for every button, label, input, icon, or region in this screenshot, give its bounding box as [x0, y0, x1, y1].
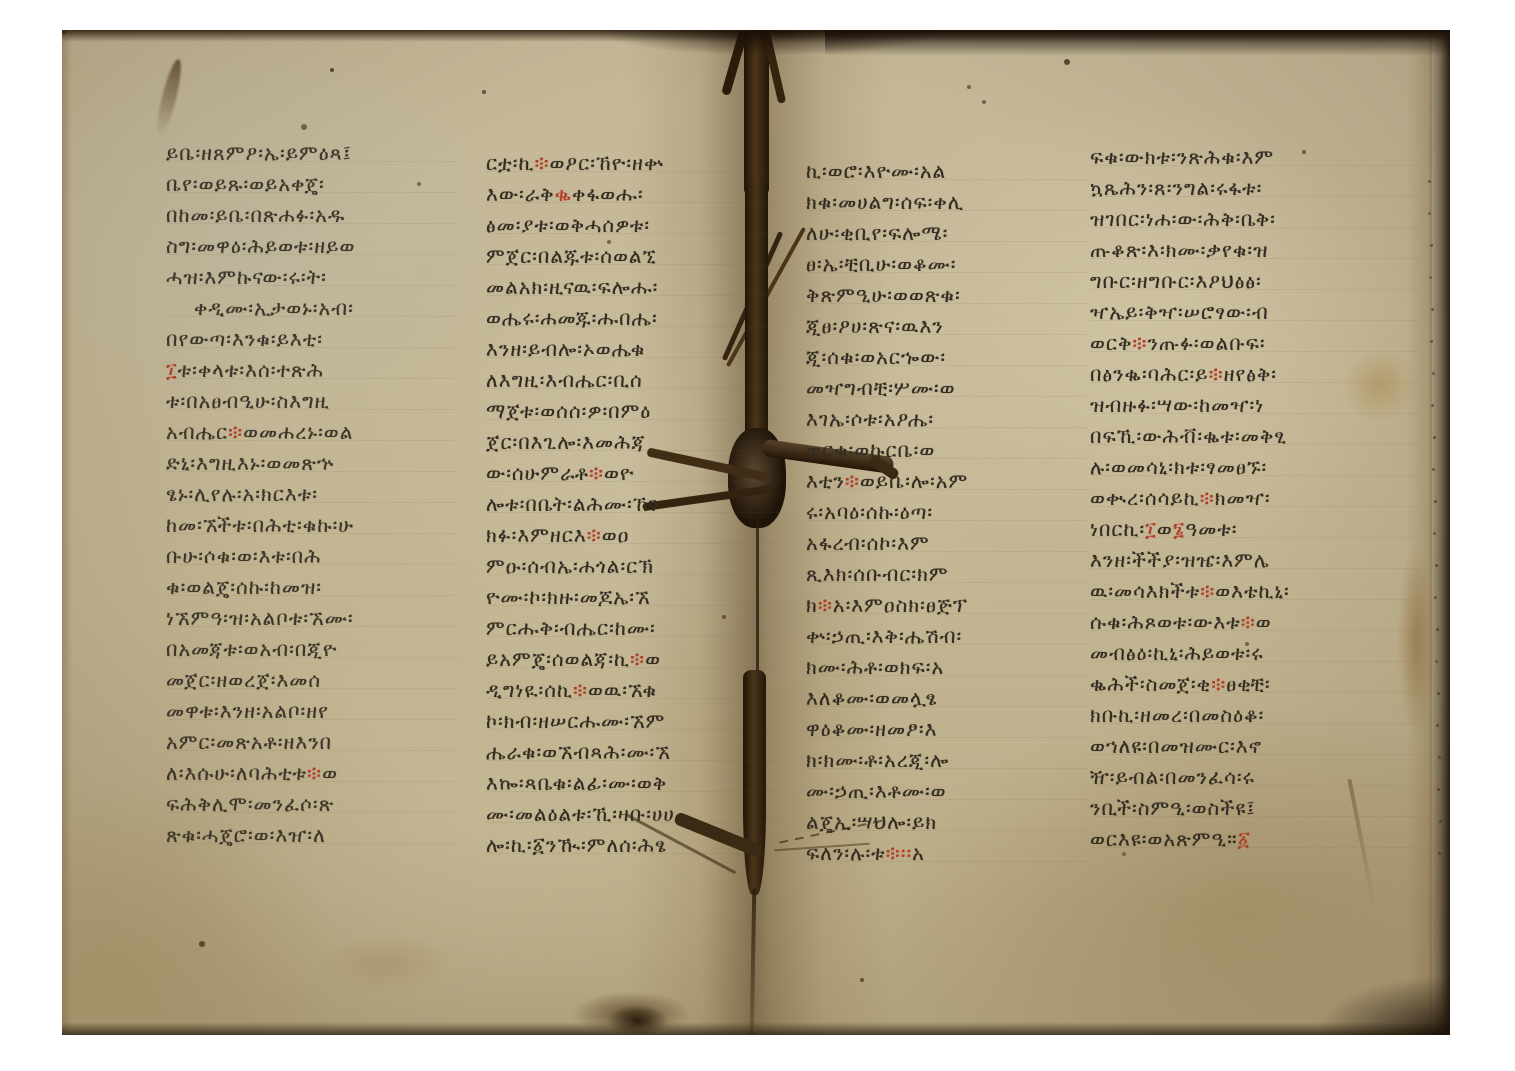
text-segment: ቅጽምዒሁ፡ወወጽቁ፡	[806, 283, 961, 307]
text-segment: ዥ፡ይብል፡በመንፈሳ፡ሩ	[1090, 765, 1255, 789]
text-line: አፋረብ፡ሰኮ፡እም	[806, 528, 1088, 559]
text-segment: ጂፀ፡ዖሀ፡ጽና፡ዉእን	[806, 314, 944, 338]
rubric-mark: ፩	[1238, 827, 1251, 851]
text-line: ለእግዚ፡እብሔር፡ቢሰ	[486, 365, 782, 396]
text-segment: ዮሙ፡ኮ፡ክዙ፡መጆኤ፡ኧ	[486, 585, 651, 609]
text-segment: ቁ፡ወልጄ፡ሰኩ፡ከመዝ፡	[166, 575, 322, 599]
text-segment: ሓዝ፡እምኩናው፡ሩ፡ት፡	[166, 265, 327, 289]
screenshot-canvas: ይቤ፡ዘጸምዖ፡ኤ፡ይምዕጻ፤ቤየ፡ወይጹ፡ወይአቀጄ፡በከመ፡ይቤ፡በጽሐፉ፡…	[0, 0, 1515, 1071]
text-line: ወቊረ፡ሰሳይኪ፨ክመዣ፡	[1090, 483, 1420, 514]
text-segment: ምዑ፡ሰብኤ፡ሐጎል፡ርኽ	[486, 554, 654, 578]
text-segment: ጺእክ፡ሰቡብር፡ክም	[806, 562, 949, 586]
text-segment: ፀቂቺ፡	[1226, 672, 1270, 696]
text-segment: ነበርኪ፡	[1090, 517, 1145, 541]
text-column-3: ኪ፡ወሮ፡እዮሙ፡አልክቁ፡መሀልግ፡ሰፍ፡ቀሊለሁ፡ቂቢየ፡ፍሎሜ፡ፀ፡ኤ፡ቺ…	[806, 156, 1088, 878]
rubric-mark: ፨	[589, 461, 604, 485]
page-edge-shadow	[1428, 30, 1450, 1035]
dirt-specks	[62, 30, 66, 34]
text-line: ሎቱ፡በቤት፡ልሕሙ፡ኸን	[486, 489, 782, 520]
text-segment: ድኒ፡እግዚእኑ፡ወመጽኍ	[166, 451, 334, 475]
text-line: ፍቁ፡ውክቱ፡ንጽሕቁ፡እም	[1090, 142, 1420, 173]
rubric-mark: ፨	[818, 593, 833, 617]
text-segment: ሉ፡ወመሳኒ፡ክቱ፡ፃመፀኙ፡	[1090, 455, 1267, 479]
rubric-mark: ፨	[228, 420, 243, 444]
text-segment: ወይቤ፡ሎ፡አም	[860, 469, 968, 493]
rubric-mark: ፲	[166, 358, 178, 382]
text-line: ምርሑቅ፡ብሔር፡ከሙ፡	[486, 613, 782, 644]
text-line: ሉ፡ወመሳኒ፡ክቱ፡ፃመፀኙ፡	[1090, 452, 1420, 483]
text-segment: ክፉ፡እምዘርእ	[486, 523, 587, 547]
text-segment: ፄኑ፡ሊየሉ፡አ፡ክርእቱ፡	[166, 482, 318, 506]
text-segment: ኪ፡ወሮ፡እዮሙ፡አል	[806, 159, 946, 183]
rubric-mark: ፡፡	[901, 841, 912, 865]
text-line: ኳጼሕን፡ጸ፡ንግል፡ሩፋቱ፡	[1090, 173, 1420, 204]
text-segment: አ	[912, 841, 925, 865]
text-line: ጀር፡በእጊሎ፡እመሕጃ	[486, 427, 782, 458]
text-line: ነኧምዓ፡ዝ፡አልቦቱ፡ኧሙ፡	[166, 603, 458, 634]
text-segment: ዝገበር፡ነሐ፡ው፡ሕቅ፡ቤቅ፡	[1090, 207, 1276, 231]
text-segment: እለቆሙ፡ወመሏፄ	[806, 686, 938, 710]
text-line: ርቷ፡ኪ፨ወዖር፡ኸዮ፡ዘቍ	[486, 148, 782, 179]
rubric-mark: ፨	[1200, 579, 1215, 603]
rubric-mark: ፨	[1241, 610, 1256, 634]
text-line: ሩ፡አባዕ፡ሰኩ፡ዕጣ፡	[806, 497, 1088, 528]
text-line: ቈሕች፡ስመጀ፡ቂ፨ፀቂቺ፡	[1090, 669, 1420, 700]
text-line: ፲ቱ፡ቀላቱ፡እሰ፡ተጽሕ	[166, 355, 458, 386]
text-segment: መጀር፡ዘወረጀ፡እመሰ	[166, 668, 321, 692]
text-line: መልአክ፡ዚናዉ፡ፍሎሑ፡	[486, 272, 782, 303]
text-line: አምር፡መጽአቶ፡ዘእንበ	[166, 727, 458, 758]
text-segment: ቍ፡ኃጢ፡እቅ፡ሔሽብ፡	[806, 624, 962, 648]
text-segment: ፍለን፡ሉ፡ቱ	[806, 841, 886, 865]
text-line: ፄኑ፡ሊየሉ፡አ፡ክርእቱ፡	[166, 479, 458, 510]
text-column-4: ፍቁ፡ውክቱ፡ንጽሕቁ፡እምኳጼሕን፡ጸ፡ንግል፡ሩፋቱ፡ዝገበር፡ነሐ፡ው፡ሕ…	[1090, 142, 1420, 872]
text-segment: ለሁ፡ቂቢየ፡ፍሎሜ፡	[806, 221, 948, 245]
text-line: ይቤ፡ዘጸምዖ፡ኤ፡ይምዕጻ፤	[166, 138, 458, 169]
text-line: ወሔሩ፡ሐመጁ፡ሑበሔ፡	[486, 303, 782, 334]
text-line: መብፅዕ፡ኪኒ፡ሕይወቱ፡ሩ	[1090, 638, 1420, 669]
text-column-1: ይቤ፡ዘጸምዖ፡ኤ፡ይምዕጻ፤ቤየ፡ወይጹ፡ወይአቀጄ፡በከመ፡ይቤ፡በጽሐፉ፡…	[166, 138, 458, 860]
rubric-mark: ፨	[587, 523, 602, 547]
stain-scratch	[153, 57, 186, 138]
text-line: ቅጽምዒሁ፡ወወጽቁ፡	[806, 280, 1088, 311]
text-segment: ወዮ	[604, 461, 634, 485]
text-segment: ጽቁ፡ሓጄሮ፡ወ፡እዠ፡ለ	[166, 823, 326, 847]
text-segment: ክቡኪ፡ዘመረ፡በመስዕቆ፡	[1090, 703, 1264, 727]
text-line: ከመ፡ኧችቱ፡በሕቲ፡ቁኩ፡ሁ	[166, 510, 458, 541]
text-line: እገኤ፡ሶቱ፡አዖሔ፡	[806, 404, 1088, 435]
text-segment: መልአክ፡ዚናዉ፡ፍሎሑ፡	[486, 275, 658, 299]
text-segment: ክሙ፡ሕቶ፡ወክፍ፡አ	[806, 655, 944, 679]
text-line: እው፡ራቅቈቀፋወሑ፡	[486, 179, 782, 210]
text-line: መዋቱ፡እንዘ፡አልቦ፡ዘየ	[166, 696, 458, 727]
text-segment: እገኤ፡ሶቱ፡አዖሔ፡	[806, 407, 934, 431]
text-line: እኰ፡ጻቤቁ፡ልፊ፡ሙ፡ወቅ	[486, 768, 782, 799]
text-line: ሙ፡ኃጢ፡እቶሙ፡ወ	[806, 776, 1088, 807]
text-segment: አ፡እምዐስክ፡ፀጅፕ	[833, 593, 968, 617]
text-line: በፍኺ፡ውሕቭ፡ቈቱ፡መቅፂ	[1090, 421, 1420, 452]
text-line: ቁ፡ወልጄ፡ሰኩ፡ከመዝ፡	[166, 572, 458, 603]
text-line: ሎ፡ኪ፡፩ንዂ፡ምለሰ፡ሕፄ	[486, 830, 782, 861]
text-line: ፅመ፡ያቱ፡ወቅሓሰዎቱ፡	[486, 210, 782, 241]
text-line: ፀ፡ኤ፡ቺቢሁ፡ወቆሙ፡	[806, 249, 1088, 280]
text-segment: መዣግብቺ፡ሦሙ፡ወ	[806, 376, 956, 400]
text-line: እለቆሙ፡ወመሏፄ	[806, 683, 1088, 714]
text-line: ቡሁ፡ሶቁ፡ወ፡እቱ፡በሕ	[166, 541, 458, 572]
text-segment: በፅንቈ፡ባሕር፡ይ	[1090, 362, 1209, 386]
text-line: ው፡ሰሁምራቶ፨ወዮ	[486, 458, 782, 489]
text-segment: ወዉ፡ኧቁ	[588, 678, 657, 702]
text-line: ስግ፡መዋዕ፡ሕይወቱ፡ዘይወ	[166, 231, 458, 262]
text-segment: በፍኺ፡ውሕቭ፡ቈቱ፡መቅፂ	[1090, 424, 1287, 448]
text-segment: ቱ፡በአፀብዒሁ፡ስእግዚ	[166, 389, 330, 413]
text-segment: እኰ፡ጻቤቁ፡ልፊ፡ሙ፡ወቅ	[486, 771, 667, 795]
text-segment: ጀር፡በእጊሎ፡እመሕጃ	[486, 430, 646, 454]
text-segment: ቡሁ፡ሶቁ፡ወ፡እቱ፡በሕ	[166, 544, 321, 568]
text-segment: ግቡር፡ዘግቡር፡እዖህፅፅ፡	[1090, 269, 1262, 293]
text-column-2: ርቷ፡ኪ፨ወዖር፡ኸዮ፡ዘቍእው፡ራቅቈቀፋወሑ፡ፅመ፡ያቱ፡ወቅሓሰዎቱ፡ምጀ…	[486, 148, 782, 870]
text-segment: ወእቴኪኒ፡	[1215, 579, 1290, 603]
rubric-mark: ፨	[845, 469, 860, 493]
prick-marks	[1428, 180, 1431, 183]
text-segment: ቱ፡ቀላቱ፡እሰ፡ተጽሕ	[178, 358, 324, 382]
text-line: እንዘ፡ይብሎ፡ኦወሔቁ	[486, 334, 782, 365]
text-segment: ንቢች፡ስምዒ፡ወስችዩ፤	[1090, 796, 1256, 820]
page-edge-shadow	[62, 30, 72, 1035]
text-line: ሓዝ፡እምኩናው፡ሩ፡ት፡	[166, 262, 458, 293]
text-segment: ው፡ሰሁምራቶ	[486, 461, 589, 485]
rubric-mark: ፨	[1211, 672, 1226, 696]
text-segment: ክ፡ክሙ፡ቶ፡አረጂ፡ሎ	[806, 748, 949, 772]
text-line: ለ፡እሱሁ፡ለባሕቲቱ፨ወ	[166, 758, 458, 789]
text-segment: ወሔሩ፡ሐመጁ፡ሑበሔ፡	[486, 306, 658, 330]
text-line: ዲግነዪ፡ሰኪ፨ወዉ፡ኧቁ	[486, 675, 782, 706]
text-line: ዮሙ፡ኮ፡ክዙ፡መጆኤ፡ኧ	[486, 582, 782, 613]
text-segment: ፀ፡ኤ፡ቺቢሁ፡ወቆሙ፡	[806, 252, 956, 276]
text-segment: ስግ፡መዋዕ፡ሕይወቱ፡ዘይወ	[166, 234, 355, 258]
text-segment: ዉ፡መሳእክችቱ	[1090, 579, 1200, 603]
text-line: በፅንቈ፡ባሕር፡ይ፨ዘየፅቅ፡	[1090, 359, 1420, 390]
text-line: ዉ፡መሳእክችቱ፨ወእቴኪኒ፡	[1090, 576, 1420, 607]
text-line: በየውጣ፡እንቁ፡ይእቲ፡	[166, 324, 458, 355]
text-segment: ልጄኢ፡ሣህሎ፡ይክ	[806, 810, 937, 834]
text-line: ለሁ፡ቂቢየ፡ፍሎሜ፡	[806, 218, 1088, 249]
rubric-mark: ፨	[573, 678, 588, 702]
text-segment: ወርቅ	[1090, 331, 1132, 355]
text-segment: ሎቱ፡በቤት፡ልሕሙ፡ኸን	[486, 492, 660, 516]
text-segment: መዋቱ፡እንዘ፡አልቦ፡ዘየ	[166, 699, 329, 723]
text-segment: ለእግዚ፡እብሔር፡ቢሰ	[486, 368, 643, 392]
text-line: ኪ፡ወሮ፡እዮሙ፡አል	[806, 156, 1088, 187]
text-line: ዝገበር፡ነሐ፡ው፡ሕቅ፡ቤቅ፡	[1090, 204, 1420, 235]
text-segment: እው፡ራቅ	[486, 182, 555, 206]
text-line: ይአምጄ፡ሰወልጃ፡ኪ፨ወ	[486, 644, 782, 675]
rubric-mark: ፨	[534, 151, 549, 175]
text-segment: ፍቁ፡ውክቱ፡ንጽሕቁ፡እም	[1090, 145, 1274, 169]
text-segment: ቤየ፡ወይጹ፡ወይአቀጄ፡	[166, 172, 325, 196]
text-segment: በየውጣ፡እንቁ፡ይእቲ፡	[166, 327, 323, 351]
text-segment: ክቁ፡መሀልግ፡ሰፍ፡ቀሊ	[806, 190, 964, 214]
text-line: ሙ፡መልዕልቱ፡ኺ፡ዛቡ፡ሀሀ	[486, 799, 782, 830]
text-segment: አብሔር	[166, 420, 228, 444]
text-segment: ሙ፡ኃጢ፡እቶሙ፡ወ	[806, 779, 947, 803]
rubric-mark: ፲	[1145, 517, 1157, 541]
text-segment: ወ	[1256, 610, 1272, 634]
stain	[300, 928, 470, 1000]
text-line: ጽቁ፡ሓጄሮ፡ወ፡እዠ፡ለ	[166, 820, 458, 851]
text-segment: ወዐ	[602, 523, 630, 547]
text-segment: ወርቁ፡ወኩርቤ፡ወ	[806, 438, 935, 462]
text-segment: ሎ፡ኪ፡፩ንዂ፡ምለሰ፡ሕፄ	[486, 833, 667, 857]
text-segment: ቈሕች፡ስመጀ፡ቂ	[1090, 672, 1211, 696]
text-segment: ይአምጄ፡ሰወልጃ፡ኪ	[486, 647, 630, 671]
rubric-mark: ፨	[1200, 486, 1215, 510]
text-segment: ነኧምዓ፡ዝ፡አልቦቱ፡ኧሙ፡	[166, 606, 354, 630]
text-segment: ወርእዩ፡ወአጽምዒ።	[1090, 827, 1238, 851]
text-line: ማጀቱ፡ወሰሰ፡ዎ፡በምዕ	[486, 396, 782, 427]
text-line: ዝብዙፉ፡ሣው፡ከመዣ፡ነ	[1090, 390, 1420, 421]
text-segment: በአመጃቱ፡ወአብ፡በጂዮ	[166, 637, 337, 661]
text-segment: ዓመቱ፡	[1185, 517, 1237, 541]
text-line: ጡቆጽ፡እ፡ክሙ፡ቃየቁ፡ዝ	[1090, 235, 1420, 266]
text-segment: ዘየፅቅ፡	[1224, 362, 1277, 386]
text-segment: ክመዣ፡	[1215, 486, 1271, 510]
text-line: ቀዲሙ፡ኢታወኑ፡አብ፡	[166, 293, 458, 324]
text-segment: ርቷ፡ኪ	[486, 151, 534, 175]
text-segment: ሙ፡መልዕልቱ፡ኺ፡ዛቡ፡ሀሀ	[486, 802, 675, 826]
text-line: ዥ፡ይብል፡በመንፈሳ፡ሩ	[1090, 762, 1420, 793]
text-segment: ንጡፉ፡ወልቡፍ፡	[1147, 331, 1265, 355]
text-segment: ዣኤይ፡ቅዣ፡ሠሮፃው፡ብ	[1090, 300, 1269, 324]
rubric-mark: ፨	[307, 761, 322, 785]
text-segment: እንዘ፡ይብሎ፡ኦወሔቁ	[486, 337, 645, 361]
text-line: እንዘ፡ችችያ፡ዝዤ፡እምሌ	[1090, 545, 1420, 576]
text-segment: አፋረብ፡ሰኮ፡እም	[806, 531, 930, 555]
text-segment: እንዘ፡ችችያ፡ዝዤ፡እምሌ	[1090, 548, 1270, 572]
manuscript-photo: ይቤ፡ዘጸምዖ፡ኤ፡ይምዕጻ፤ቤየ፡ወይጹ፡ወይአቀጄ፡በከመ፡ይቤ፡በጽሐፉ፡…	[62, 30, 1450, 1035]
text-segment: መብፅዕ፡ኪኒ፡ሕይወቱ፡ሩ	[1090, 641, 1264, 665]
text-segment: ወ	[1157, 517, 1173, 541]
text-line: እቲን፨ወይቤ፡ሎ፡አም	[806, 466, 1088, 497]
text-segment: ፍሕቅሊሞ፡መንፈሶ፡ጽ	[166, 792, 334, 816]
rubric-mark: ፮	[1173, 517, 1186, 541]
rubric-mark: ቈ	[555, 182, 572, 206]
text-segment: ወዖር፡ኸዮ፡ዘቍ	[550, 151, 664, 175]
text-segment: ወ	[322, 761, 338, 785]
text-line: ክ፡ክሙ፡ቶ፡አረጂ፡ሎ	[806, 745, 1088, 776]
text-line: መዣግብቺ፡ሦሙ፡ወ	[806, 373, 1088, 404]
text-segment: ምርሑቅ፡ብሔር፡ከሙ፡	[486, 616, 656, 640]
text-segment: ከመ፡ኧችቱ፡በሕቲ፡ቁኩ፡ሁ	[166, 513, 354, 537]
rubric-mark: ፨	[1209, 362, 1224, 386]
text-line: ቍ፡ኃጢ፡እቅ፡ሔሽብ፡	[806, 621, 1088, 652]
text-segment: ኮ፡ክብ፡ዘሠርሑሙ፡ኧም	[486, 709, 665, 733]
text-line: ወኀለዩ፡በመዝሙር፡እኖ	[1090, 731, 1420, 762]
text-line: ጂ፡ሰቁ፡ወአርኈው፡	[806, 342, 1088, 373]
text-line: ልጄኢ፡ሣህሎ፡ይክ	[806, 807, 1088, 838]
text-segment: ሔራቁ፡ወኧብጻሕ፡ሙ፡ኧ	[486, 740, 671, 764]
text-line: ፍለን፡ሉ፡ቱ፨፡፡አ	[806, 838, 1088, 869]
text-line: ንቢች፡ስምዒ፡ወስችዩ፤	[1090, 793, 1420, 824]
text-line: ቤየ፡ወይጹ፡ወይአቀጄ፡	[166, 169, 458, 200]
text-segment: ዋዕቆሙ፡ዘመፆ፡እ	[806, 717, 937, 741]
text-line: ወርቅ፨ንጡፉ፡ወልቡፍ፡	[1090, 328, 1420, 359]
text-line: ክፉ፡እምዘርእ፨ወዐ	[486, 520, 782, 551]
page-edge-shadow	[1270, 955, 1450, 1035]
text-line: ጺእክ፡ሰቡብር፡ክም	[806, 559, 1088, 590]
text-segment: ሱቁ፡ሕጾወቱ፡ውእቱ	[1090, 610, 1241, 634]
text-line: ግቡር፡ዘግቡር፡እዖህፅፅ፡	[1090, 266, 1420, 297]
text-line: ሱቁ፡ሕጾወቱ፡ውእቱ፨ወ	[1090, 607, 1420, 638]
text-segment: ቀፋወሑ፡	[572, 182, 644, 206]
page-edge-shadow	[825, 30, 1450, 56]
text-line: መጀር፡ዘወረጀ፡እመሰ	[166, 665, 458, 696]
text-segment: አምር፡መጽአቶ፡ዘእንበ	[166, 730, 332, 754]
text-line: ዣኤይ፡ቅዣ፡ሠሮፃው፡ብ	[1090, 297, 1420, 328]
text-line: አብሔር፨ወመሐረኑ፡ወል	[166, 417, 458, 448]
text-line: ቱ፡በአፀብዒሁ፡ስእግዚ	[166, 386, 458, 417]
text-segment: ይቤ፡ዘጸምዖ፡ኤ፡ይምዕጻ፤	[166, 141, 352, 165]
text-segment: ወኀለዩ፡በመዝሙር፡እኖ	[1090, 734, 1262, 758]
text-line: ክቡኪ፡ዘመረ፡በመስዕቆ፡	[1090, 700, 1420, 731]
text-line: በአመጃቱ፡ወአብ፡በጂዮ	[166, 634, 458, 665]
text-line: ዋዕቆሙ፡ዘመፆ፡እ	[806, 714, 1088, 745]
text-line: ፍሕቅሊሞ፡መንፈሶ፡ጽ	[166, 789, 458, 820]
text-line: ምዑ፡ሰብኤ፡ሐጎል፡ርኽ	[486, 551, 782, 582]
text-line: ሔራቁ፡ወኧብጻሕ፡ሙ፡ኧ	[486, 737, 782, 768]
text-segment: ቀዲሙ፡ኢታወኑ፡አብ፡	[194, 296, 354, 320]
text-segment: ክ	[806, 593, 818, 617]
text-segment: ወቊረ፡ሰሳይኪ	[1090, 486, 1200, 510]
text-segment: በከመ፡ይቤ፡በጽሐፉ፡አዱ	[166, 203, 345, 227]
text-segment: ወመሐረኑ፡ወል	[243, 420, 353, 444]
text-line: ክቁ፡መሀልግ፡ሰፍ፡ቀሊ	[806, 187, 1088, 218]
text-line: ወርእዩ፡ወአጽምዒ።፩	[1090, 824, 1420, 855]
text-segment: ዲግነዪ፡ሰኪ	[486, 678, 573, 702]
text-line: ምጀር፡በልጁቱ፡ሰወልኚ	[486, 241, 782, 272]
text-segment: ኳጼሕን፡ጸ፡ንግል፡ሩፋቱ፡	[1090, 176, 1262, 200]
text-line: ጂፀ፡ዖሀ፡ጽና፡ዉእን	[806, 311, 1088, 342]
text-segment: እቲን	[806, 469, 845, 493]
text-line: ክሙ፡ሕቶ፡ወክፍ፡አ	[806, 652, 1088, 683]
text-segment: ጂ፡ሰቁ፡ወአርኈው፡	[806, 345, 946, 369]
rubric-mark: ፨	[1132, 331, 1147, 355]
text-segment: ጡቆጽ፡እ፡ክሙ፡ቃየቁ፡ዝ	[1090, 238, 1268, 262]
text-line: ክ፨አ፡እምዐስክ፡ፀጅፕ	[806, 590, 1088, 621]
text-segment: ማጀቱ፡ወሰሰ፡ዎ፡በምዕ	[486, 399, 651, 423]
rubric-mark: ፨	[886, 841, 901, 865]
text-line: ነበርኪ፡፲ወ፮ዓመቱ፡	[1090, 514, 1420, 545]
text-line: ኮ፡ክብ፡ዘሠርሑሙ፡ኧም	[486, 706, 782, 737]
text-segment: ወ	[645, 647, 661, 671]
text-segment: ለ፡እሱሁ፡ለባሕቲቱ	[166, 761, 307, 785]
text-segment: ምጀር፡በልጁቱ፡ሰወልኚ	[486, 244, 657, 268]
text-segment: ዝብዙፉ፡ሣው፡ከመዣ፡ነ	[1090, 393, 1264, 417]
rubric-mark: ፨	[630, 647, 645, 671]
text-line: ወርቁ፡ወኩርቤ፡ወ	[806, 435, 1088, 466]
text-segment: ፅመ፡ያቱ፡ወቅሓሰዎቱ፡	[486, 213, 650, 237]
text-line: በከመ፡ይቤ፡በጽሐፉ፡አዱ	[166, 200, 458, 231]
text-segment: ሩ፡አባዕ፡ሰኩ፡ዕጣ፡	[806, 500, 933, 524]
text-line: ድኒ፡እግዚእኑ፡ወመጽኍ	[166, 448, 458, 479]
